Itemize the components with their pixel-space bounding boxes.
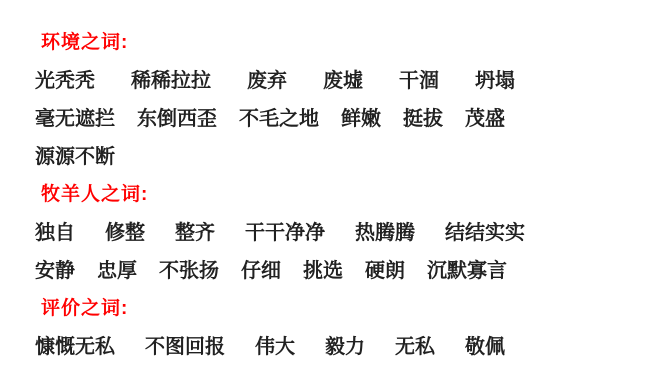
word: 鲜嫩	[341, 102, 381, 131]
section-evaluation-heading-row: 评价之词:	[35, 287, 658, 325]
word: 不张扬	[159, 254, 219, 283]
section-heading-environment: 环境之词:	[41, 27, 128, 54]
word: 热腾腾	[355, 216, 415, 245]
word-line: 光秃秃 稀稀拉拉 废弃 废墟 干涸 坍塌	[35, 64, 515, 93]
word: 光秃秃	[35, 64, 95, 93]
word: 东倒西歪	[137, 102, 217, 131]
word-line-row: 源源不断	[35, 135, 658, 173]
word: 挑选	[303, 254, 343, 283]
word: 结结实实	[445, 216, 525, 245]
word: 茂盛	[465, 102, 505, 131]
word-line-row: 慷慨无私 不图回报 伟大 毅力 无私 敬佩	[35, 325, 658, 363]
word-line-row: 安静 忠厚 不张扬 仔细 挑选 硬朗 沉默寡言	[35, 249, 658, 287]
word: 不图回报	[145, 330, 225, 359]
word: 坍塌	[475, 64, 515, 93]
section-heading-shepherd: 牧羊人之词:	[41, 179, 148, 206]
word: 安静	[35, 254, 75, 283]
word: 毅力	[325, 330, 365, 359]
word: 整齐	[175, 216, 215, 245]
word: 忠厚	[97, 254, 137, 283]
word: 修整	[105, 216, 145, 245]
word: 稀稀拉拉	[131, 64, 211, 93]
word: 仔细	[241, 254, 281, 283]
word: 伟大	[255, 330, 295, 359]
word: 毫无遮拦	[35, 102, 115, 131]
word: 独自	[35, 216, 75, 245]
word: 干干净净	[245, 216, 325, 245]
word-line: 安静 忠厚 不张扬 仔细 挑选 硬朗 沉默寡言	[35, 254, 507, 283]
word-line: 独自 修整 整齐 干干净净 热腾腾 结结实实	[35, 216, 525, 245]
section-shepherd-heading-row: 牧羊人之词:	[35, 173, 658, 211]
word-line: 毫无遮拦 东倒西歪 不毛之地 鲜嫩 挺拔 茂盛	[35, 102, 505, 131]
word: 无私	[395, 330, 435, 359]
section-environment-heading-row: 环境之词:	[35, 21, 658, 59]
word: 敬佩	[465, 330, 505, 359]
word: 挺拔	[403, 102, 443, 131]
word-line-row: 光秃秃 稀稀拉拉 废弃 废墟 干涸 坍塌	[35, 59, 658, 97]
section-heading-evaluation: 评价之词:	[41, 293, 128, 320]
word: 沉默寡言	[427, 254, 507, 283]
word-line: 慷慨无私 不图回报 伟大 毅力 无私 敬佩	[35, 330, 505, 359]
word: 废墟	[323, 64, 363, 93]
word-line-row: 毫无遮拦 东倒西歪 不毛之地 鲜嫩 挺拔 茂盛	[35, 97, 658, 135]
word-line: 源源不断	[35, 140, 115, 169]
word-line-row: 独自 修整 整齐 干干净净 热腾腾 结结实实	[35, 211, 658, 249]
word: 干涸	[399, 64, 439, 93]
word: 不毛之地	[239, 102, 319, 131]
document-page: 环境之词: 光秃秃 稀稀拉拉 废弃 废墟 干涸 坍塌 毫无遮拦 东倒西歪 不毛之…	[0, 0, 668, 376]
word: 硬朗	[365, 254, 405, 283]
word: 废弃	[247, 64, 287, 93]
word: 慷慨无私	[35, 330, 115, 359]
word: 源源不断	[35, 140, 115, 169]
